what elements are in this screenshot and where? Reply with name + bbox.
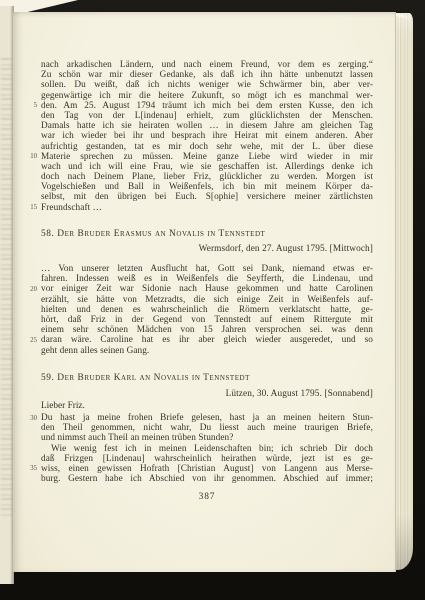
line-text: Wie wenig fest ich in meinen Leidenschaf… [41, 444, 373, 454]
line-text: wach und ich will eine Frau, wie sie ges… [41, 162, 373, 172]
margin-line-number: 35 [24, 465, 37, 473]
line-text: burg. Gestern habe ich Abschied von ihr … [41, 474, 373, 484]
photographed-book-spread: { "colors": { "paper": "#f4f0de", "backg… [0, 0, 425, 600]
fore-edge-top-glint [396, 13, 413, 29]
book-fore-edge [396, 13, 413, 570]
book-page: nach arkadischen Ländern, und nach einem… [13, 12, 396, 572]
letter-59-salutation: Lieber Friz. [41, 401, 373, 412]
line-text: Zu schön war mir dieser Gedanke, als daß… [41, 70, 373, 80]
line-text: Vogelschießen und Ball in Weißenfels, ic… [41, 182, 373, 192]
text-line: Zu schön war mir dieser Gedanke, als daß… [41, 70, 373, 80]
margin-line-number: 20 [24, 286, 37, 294]
facing-page-sliver [0, 6, 14, 584]
text-line: wach und ich will eine Frau, wie sie ges… [41, 162, 373, 172]
line-text: wiss, einen gewissen Hofrath [Christian … [41, 464, 373, 474]
letter-58-dateline: Wermsdorf, den 27. August 1795. [Mittwoc… [41, 244, 373, 255]
margin-line-number: 5 [24, 102, 37, 110]
text-line: und nimmst auch Theil an meinen trüben S… [41, 433, 373, 443]
letter-57-continuation-text: nach arkadischen Ländern, und nach einem… [41, 60, 373, 213]
text-line: den Theil genommen, nicht wahr, Du liess… [41, 423, 373, 433]
line-text: Du hast ja meine frohen Briefe gelesen, … [41, 413, 373, 423]
text-line: 5 den. Am 25. August 1794 träumt ich mic… [41, 101, 373, 111]
text-line: hielten und denen es wahrscheinlich die … [41, 305, 373, 315]
text-line: … Von unserer letzten Ausflucht hat, Got… [41, 264, 373, 274]
text-line: selbst, mit den übrigen bei Euch. S[ophi… [41, 192, 373, 202]
text-line: Vogelschießen und Ball in Weißenfels, ic… [41, 182, 373, 192]
letter-59-heading: 59. Der Bruder Karl an Novalis in Tennst… [41, 373, 373, 384]
text-line: 20 vor einiger Zeit war Sidonie nach Hau… [41, 284, 373, 294]
text-line: geht denn alles seinen Gang. [41, 346, 373, 356]
margin-line-number: 15 [24, 204, 37, 212]
line-text: war ich wieder bei ihr und besprach ihre… [41, 131, 373, 141]
line-text: daran wäre. Caroline hat es ihr aber gle… [41, 335, 373, 345]
letter-58-body: … Von unserer letzten Ausflucht hat, Got… [41, 264, 373, 356]
line-text: Damals hatte ich sie heiraten wollen … i… [41, 121, 373, 131]
text-line: 10 Materie sprechen zu müssen. Meine gan… [41, 152, 373, 162]
text-line: fahren. Indessen weiß es in Weißenfels d… [41, 274, 373, 284]
margin-line-number: 25 [24, 337, 37, 345]
line-text: hielten und denen es wahrscheinlich die … [41, 305, 373, 315]
line-text: selbst, mit den übrigen bei Euch. S[ophi… [41, 192, 373, 202]
text-line: den Tag von der L[indenau] erhielt, zum … [41, 111, 373, 121]
line-text: fahren. Indessen weiß es in Weißenfels d… [41, 274, 373, 284]
line-text: geht denn alles seinen Gang. [41, 346, 373, 356]
line-text: … Von unserer letzten Ausflucht hat, Got… [41, 264, 373, 274]
text-line: Damals hatte ich sie heiraten wollen … i… [41, 121, 373, 131]
text-line: war ich wieder bei ihr und besprach ihre… [41, 131, 373, 141]
text-line: aufrichtig gestanden, tat es mir doch se… [41, 142, 373, 152]
text-line: gegenwärtige ich mir die heitere Zukunft… [41, 91, 373, 101]
text-line: hört, daß Friz in der Gegend von Tennste… [41, 315, 373, 325]
line-text: doch nach Deinem Plane, lieber Friz, glü… [41, 172, 373, 182]
line-text: hört, daß Friz in der Gegend von Tennste… [41, 315, 373, 325]
text-line: 25 daran wäre. Caroline hat es ihr aber … [41, 335, 373, 345]
page-number: 387 [41, 492, 373, 502]
line-text: nach arkadischen Ländern, und nach einem… [41, 60, 373, 70]
line-text: sollen. Du weißt, daß ich nichts weniger… [41, 80, 373, 90]
margin-line-number: 30 [24, 415, 37, 423]
line-text: den Theil genommen, nicht wahr, Du liess… [41, 423, 373, 433]
text-line: nach arkadischen Ländern, und nach einem… [41, 60, 373, 70]
letter-58-heading: 58. Der Bruder Erasmus an Novalis in Ten… [41, 229, 373, 240]
text-line: erzählt, sie hätte von Metzradts, die si… [41, 295, 373, 305]
line-text: den. Am 25. August 1794 träumt ich mich … [41, 101, 373, 111]
text-line: 15 Freundschaft … [41, 203, 373, 213]
line-text: vor einiger Zeit war Sidonie nach Hause … [41, 284, 373, 294]
line-text: gegenwärtige ich mir die heitere Zukunft… [41, 91, 373, 101]
letter-59-dateline: Lützen, 30. August 1795. [Sonnabend] [41, 389, 373, 400]
line-text: aufrichtig gestanden, tat es mir doch se… [41, 142, 373, 152]
text-line: einem sehr schönen Mädchen von 15 Jahren… [41, 325, 373, 335]
line-text: Materie sprechen zu müssen. Meine ganze … [41, 152, 373, 162]
margin-line-number: 10 [24, 153, 37, 161]
line-text: den Tag von der L[indenau] erhielt, zum … [41, 111, 373, 121]
text-line: Wie wenig fest ich in meinen Leidenschaf… [41, 444, 373, 454]
letter-59-body: 30 Du hast ja meine frohen Briefe gelese… [41, 413, 373, 484]
text-line: daß Frizgen [Lindenau] wahrscheinlich he… [41, 454, 373, 464]
line-text: erzählt, sie hätte von Metzradts, die si… [41, 295, 373, 305]
text-line: sollen. Du weißt, daß ich nichts weniger… [41, 80, 373, 90]
text-line: 35 wiss, einen gewissen Hofrath [Christi… [41, 464, 373, 474]
line-text: und nimmst auch Theil an meinen trüben S… [41, 433, 373, 443]
text-line: 30 Du hast ja meine frohen Briefe gelese… [41, 413, 373, 423]
text-line: doch nach Deinem Plane, lieber Friz, glü… [41, 172, 373, 182]
text-line: burg. Gestern habe ich Abschied von ihr … [41, 474, 373, 484]
line-text: daß Frizgen [Lindenau] wahrscheinlich he… [41, 454, 373, 464]
line-text: einem sehr schönen Mädchen von 15 Jahren… [41, 325, 373, 335]
line-text: Freundschaft … [41, 203, 373, 213]
